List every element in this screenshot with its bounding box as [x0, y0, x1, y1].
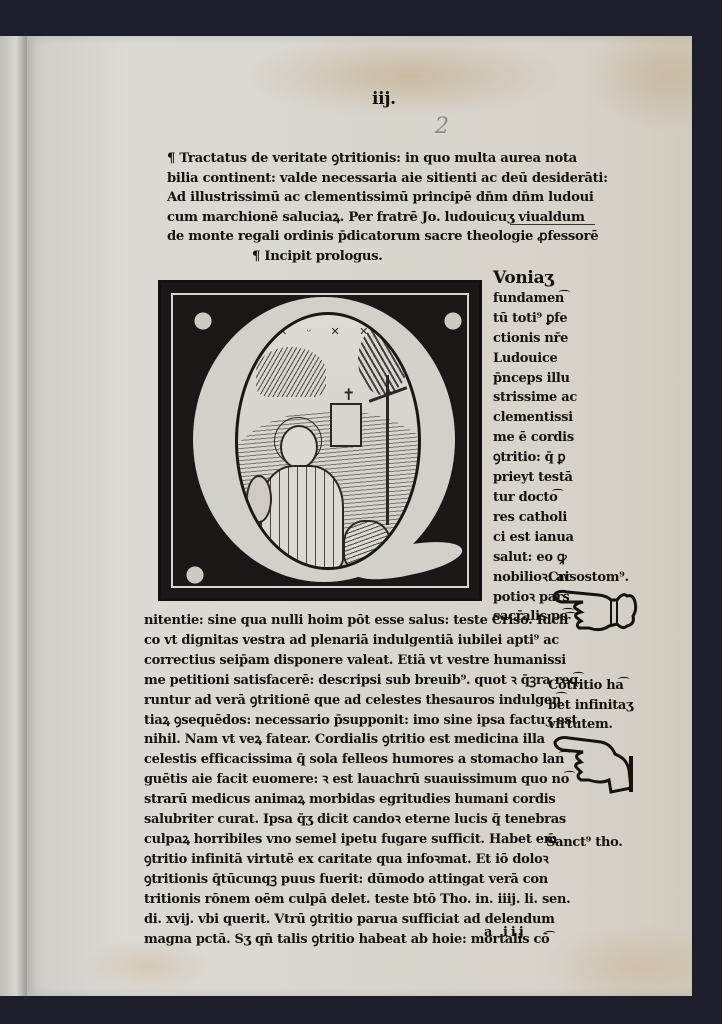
- text-line: correctius seip̄am disponere valeat. Eti…: [144, 651, 574, 671]
- marginal-line: Crisostom⁹.: [548, 568, 629, 588]
- book-page: iij. 2 ¶ Tractatus de veritate ꝯtritioni…: [27, 36, 692, 996]
- pointing-hand-icon: [553, 586, 639, 638]
- incipit-line: ¶ Incipit prologus.: [167, 247, 587, 267]
- marginal-line: bet infinitaʒ: [548, 696, 633, 716]
- woodcut-scene: ✕ ᵕ ✕ ✕ ✝: [235, 312, 421, 570]
- heading-line: de monte regali ordinis p̄dicatorum sacr…: [167, 227, 587, 247]
- historiated-initial-woodcut: ✕ ᵕ ✕ ✕ ✝: [158, 280, 482, 601]
- text-line: Ludouice: [493, 349, 583, 369]
- marginal-note-contritio: Cōtritio ha͡ bet infinitaʒ virtutem.: [548, 676, 633, 735]
- text-line: culpaꝝ horribiles vno semel ipetu fugare…: [144, 830, 574, 850]
- text-line: ꝯtritio: q̄ ꝑ: [493, 448, 583, 468]
- text-line: nitentie: sine qua nulli hoim pōt esse s…: [144, 611, 574, 631]
- text-line: p̄nceps illu: [493, 369, 583, 389]
- saint-jerome-figure: [260, 465, 344, 569]
- pointing-hand-icon: [553, 734, 639, 796]
- marginal-note-sanctus-thomas: Sanct⁹ tho.: [546, 833, 623, 853]
- text-line: salubriter curat. Ipsa q̄ʒ dicit candoꝛ …: [144, 810, 574, 830]
- handwritten-underline: [510, 224, 595, 225]
- crucifix-icon: [386, 375, 389, 525]
- previous-leaf-edge: [0, 36, 27, 996]
- text-line: ꝯtritio infinitā virtutē ex caritate qua…: [144, 850, 574, 870]
- text-line: celestis efficacissima q̄ sola felleos h…: [144, 750, 574, 770]
- pencil-folio-mark: 2: [435, 114, 449, 139]
- text-line: runtur ad verā ꝯtritionē que ad celestes…: [144, 691, 574, 711]
- text-line: salut: eo ꝙ: [493, 548, 583, 568]
- tree-icon: [256, 347, 326, 397]
- text-line: prieyt testā: [493, 468, 583, 488]
- signature-mark: a iij: [484, 925, 527, 940]
- saint-jerome-head: [280, 425, 318, 469]
- marginal-note-crisostomus: Crisostom⁹.: [548, 568, 629, 588]
- text-line: guētis aie facit euomere: ꝛ est lauachrū…: [144, 770, 574, 790]
- text-line: strarū medicus animaꝝ morbidas egritudie…: [144, 790, 574, 810]
- main-text-block: nitentie: sine qua nulli hoim pōt esse s…: [144, 611, 574, 949]
- text-line: nihil. Nam vt veꝝ fatear. Cordialis ꝯtri…: [144, 730, 574, 750]
- text-line: clementissi: [493, 408, 583, 428]
- text-line: me petitioni satisfacerē: descripsi sub …: [144, 671, 574, 691]
- text-line: tū toti⁹ ꝑfe: [493, 309, 583, 329]
- marginal-line: Cōtritio ha͡: [548, 676, 633, 696]
- heading-line: Ad illustrissimū ac clementissimū princi…: [167, 188, 587, 208]
- text-line: fundamen͡: [493, 289, 583, 309]
- marginal-line: Sanct⁹ tho.: [546, 833, 623, 853]
- text-line: ci est ianua: [493, 528, 583, 548]
- text-line: ctionis nr̄e: [493, 329, 583, 349]
- title-heading: ¶ Tractatus de veritate ꝯtritionis: in q…: [167, 149, 587, 266]
- text-line: me ē cordis: [493, 428, 583, 448]
- text-line: ꝯtritionis q̄tūcunqꝫ puus fuerit: dūmodo…: [144, 870, 574, 890]
- birds-icon: ✕ ᵕ ✕ ✕: [278, 325, 376, 338]
- text-line: strissime ac: [493, 388, 583, 408]
- text-line: tiaꝝ ꝯsequēdos: necessario p̄supponit: i…: [144, 711, 574, 731]
- text-line: res catholi: [493, 508, 583, 528]
- folio-number: iij.: [372, 89, 396, 109]
- text-line: Voniaʒ: [493, 269, 583, 289]
- church-cross-icon: ✝: [342, 385, 355, 404]
- stone-icon: [246, 475, 272, 523]
- heading-line: ¶ Tractatus de veritate ꝯtritionis: in q…: [167, 149, 587, 169]
- lion-icon: [343, 520, 391, 570]
- church-icon: [330, 403, 362, 447]
- text-line: tur docto͡: [493, 488, 583, 508]
- text-line: tritionis rōnem oēm culpā delet. teste b…: [144, 890, 574, 910]
- tree-icon: [358, 325, 408, 395]
- text-line: co vt dignitas vestra ad plenariā indulg…: [144, 631, 574, 651]
- marginal-line: virtutem.: [548, 715, 633, 735]
- heading-line: bilia continent: valde necessaria aie si…: [167, 169, 587, 189]
- woodcut-frame: ✕ ᵕ ✕ ✕ ✝: [171, 293, 469, 588]
